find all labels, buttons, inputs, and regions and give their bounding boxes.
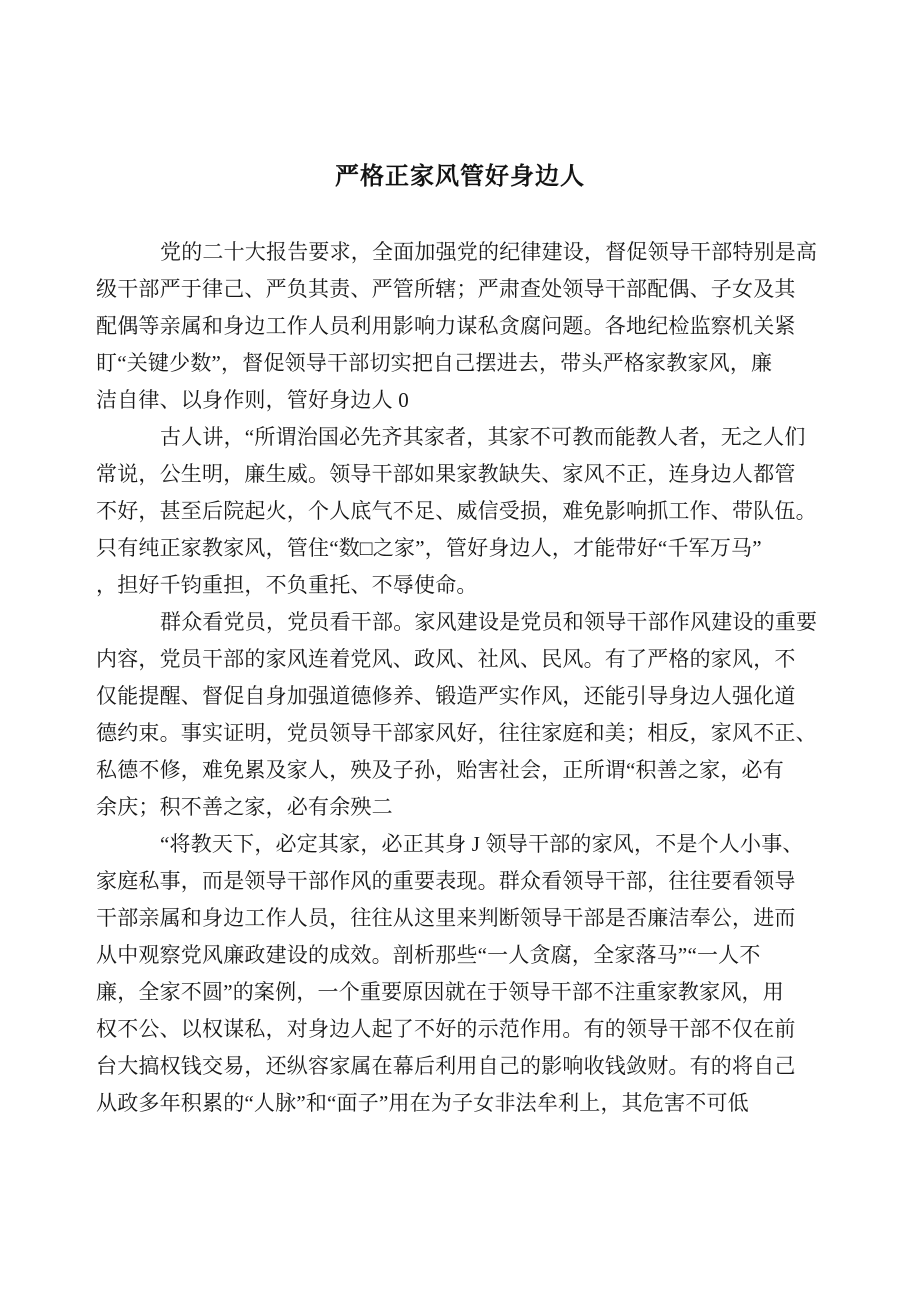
text-line: 常说，公生明，廉生威。领导干部如果家教缺失、家风不正，连身边人都管 [96,456,808,493]
text-line: 廉，全家不圆”的案例，一个重要原因就在于领导干部不注重家教家风，用 [96,974,808,1011]
text-line: 洁自律、以身作则，管好身边人 0 [96,382,808,419]
document-body: 党的二十大报告要求，全面加强党的纪律建设，督促领导干部特别是高级干部严于律己、严… [96,234,808,1122]
text-line: 从政多年积累的“人脉”和“面子”用在为子女非法牟利上，其危害不可低 [96,1085,808,1122]
text-line: 古人讲，“所谓治国必先齐其家者，其家不可教而能教人者，无之人们 [96,419,808,456]
text-line: 仅能提醒、督促自身加强道德修养、锻造严实作风，还能引导身边人强化道 [96,678,808,715]
text-line: 家庭私事，而是领导干部作风的重要表现。群众看领导干部，往往要看领导 [96,863,808,900]
text-line: 从中观察党风廉政建设的成效。剖析那些“一人贪腐，全家落马”“一人不 [96,937,808,974]
paragraph: “将教天下，必定其家，必正其身 J 领导干部的家风，不是个人小事、家庭私事，而是… [96,826,808,1122]
text-line: 余庆；积不善之家，必有余殃二 [96,789,808,826]
text-line: “将教天下，必定其家，必正其身 J 领导干部的家风，不是个人小事、 [96,826,808,863]
text-line: 配偶等亲属和身边工作人员利用影响力谋私贪腐问题。各地纪检监察机关紧 [96,308,808,345]
text-line: ，担好千钧重担，不负重托、不辱使命。 [96,567,808,604]
paragraph: 古人讲，“所谓治国必先齐其家者，其家不可教而能教人者，无之人们常说，公生明，廉生… [96,419,808,604]
text-line: 权不公、以权谋私，对身边人起了不好的示范作用。有的领导干部不仅在前 [96,1011,808,1048]
text-line: 盯“关键少数”，督促领导干部切实把自己摆进去，带头严格家教家风，廉 [96,345,808,382]
text-line: 级干部严于律己、严负其责、严管所辖；严肃查处领导干部配偶、子女及其 [96,271,808,308]
paragraph: 党的二十大报告要求，全面加强党的纪律建设，督促领导干部特别是高级干部严于律己、严… [96,234,808,419]
text-line: 台大搞权钱交易，还纵容家属在幕后利用自己的影响收钱敛财。有的将自己 [96,1048,808,1085]
text-line: 私德不修，难免累及家人，殃及子孙，贻害社会，正所谓“积善之家，必有 [96,752,808,789]
text-line: 内容，党员干部的家风连着党风、政风、社风、民风。有了严格的家风，不 [96,641,808,678]
paragraph: 群众看党员，党员看干部。家风建设是党员和领导干部作风建设的重要内容，党员干部的家… [96,604,808,826]
document-title: 严格正家风管好身边人 [0,162,920,192]
text-line: 干部亲属和身边工作人员，往往从这里来判断领导干部是否廉洁奉公，进而 [96,900,808,937]
text-line: 党的二十大报告要求，全面加强党的纪律建设，督促领导干部特别是高 [96,234,808,271]
text-line: 不好，甚至后院起火，个人底气不足、威信受损，难免影响抓工作、带队伍。 [96,493,808,530]
text-line: 德约束。事实证明，党员领导干部家风好，往往家庭和美；相反，家风不正、 [96,715,808,752]
text-line: 群众看党员，党员看干部。家风建设是党员和领导干部作风建设的重要 [96,604,808,641]
text-line: 只有纯正家教家风，管住“数□之家”，管好身边人，才能带好“千军万马” [96,530,808,567]
document-page: 严格正家风管好身边人 党的二十大报告要求，全面加强党的纪律建设，督促领导干部特别… [0,0,920,1301]
